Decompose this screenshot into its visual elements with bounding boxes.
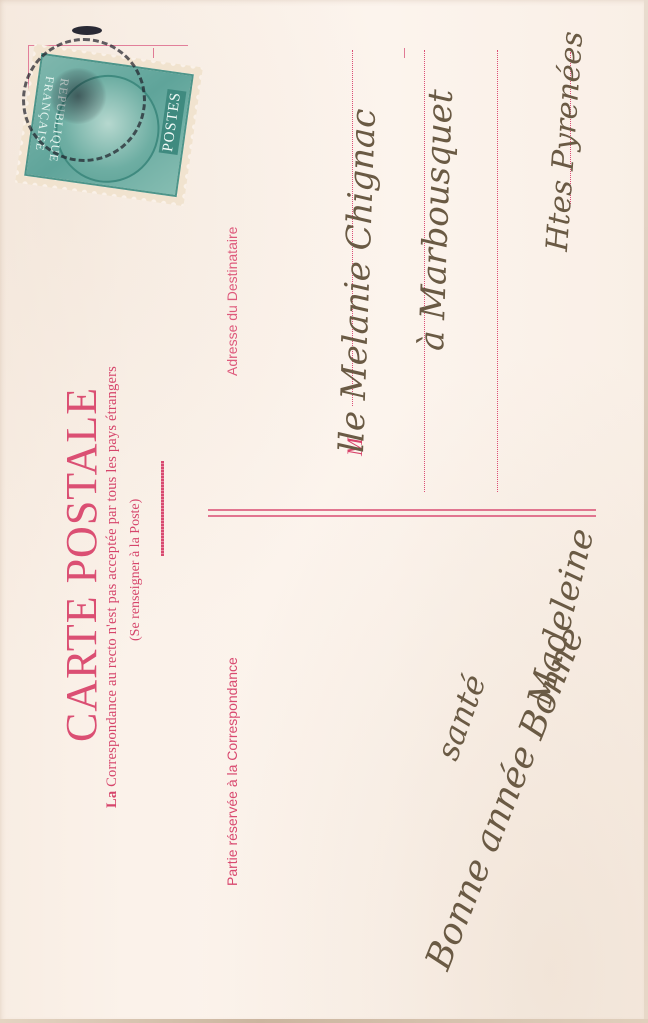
notice-line-2: (Se renseigner à la Poste) <box>128 499 144 641</box>
postcard: REPUBLIQUE FRANÇAISE POSTES CARTE POSTAL… <box>0 0 648 1023</box>
postmark-ink <box>48 68 108 124</box>
correspondence-section-label: Partie réservée à la Correspondance <box>224 657 240 886</box>
paper-edge-bottom <box>0 1019 648 1023</box>
margin-tick <box>404 48 405 58</box>
stamp-label: POSTES <box>159 89 187 155</box>
recipient-name: lle Melanie Chignac <box>332 108 384 453</box>
margin-tick <box>153 48 154 58</box>
recipient-department: Htes Pyrenées <box>540 30 590 252</box>
notice-text: Correspondance au recto n'est pas accept… <box>104 366 120 787</box>
card-title: CARTE POSTALE <box>56 387 107 742</box>
address-section-label: Adresse du Destinataire <box>224 227 240 376</box>
section-divider-line <box>208 515 596 517</box>
notice-line-1: La Correspondance au recto n'est pas acc… <box>104 366 121 808</box>
address-line-3 <box>497 50 498 492</box>
title-underline <box>161 461 164 556</box>
postmark-blot <box>72 26 102 35</box>
paper-edge-right <box>644 0 648 1023</box>
message-signature: Madeleine <box>520 525 603 710</box>
notice-prefix: La <box>104 791 120 808</box>
message-line-2: santé <box>428 669 494 765</box>
section-divider-line <box>208 509 596 511</box>
recipient-town: à Marbousquet <box>412 89 461 352</box>
